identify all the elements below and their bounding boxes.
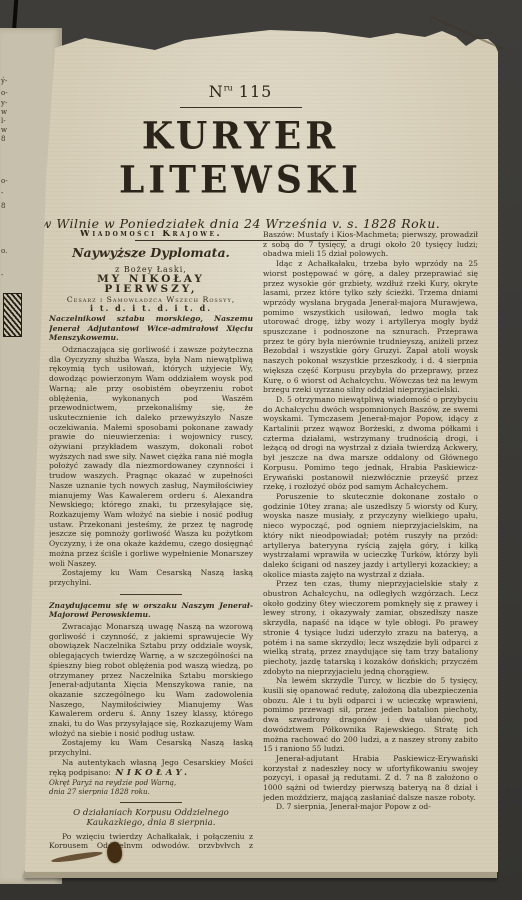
body-paragraph: Poruszenie to skutecznie dokonane został… xyxy=(263,492,478,579)
stamp-fragment xyxy=(3,293,22,337)
body-paragraph: Po wzięciu twierdzy Achałkałak, i połącz… xyxy=(49,832,253,848)
closing-paragraph: Zostajemy ku Wam Cesarską Naszą łaską pr… xyxy=(49,568,253,587)
issue-divider xyxy=(180,107,302,108)
edge-text-fragment: - xyxy=(1,272,3,279)
issue-superscript: ru xyxy=(224,84,233,93)
masthead: Nru 115 KURYER LITEWSKI w Wilnie w Ponie… xyxy=(25,82,456,241)
place-date-line: dnia 27 sierpnia 1828 roku. xyxy=(49,787,253,796)
body-paragraph: Odznaczająca się gorliwość i zawsze poży… xyxy=(49,345,253,568)
address-paragraph: Naczelnikowi sztabu morskiego, Naszemu J… xyxy=(49,314,253,343)
edge-text-fragment: l- xyxy=(1,118,6,125)
newspaper-page: Nru 115 KURYER LITEWSKI w Wilnie w Ponie… xyxy=(25,30,498,872)
place-date-line: Okręt Paryż na reydzie pod Warną, xyxy=(49,778,253,787)
edge-text-fragment: w xyxy=(1,127,7,134)
signature-paragraph: Na autentykach własną Jego Cesarskiey Mo… xyxy=(49,758,253,778)
edge-text-fragment: 8 xyxy=(1,136,5,143)
edge-text-fragment: ý- xyxy=(1,78,7,85)
body-paragraph: Idąc z Achałkałaku, trzeba było wprzódy … xyxy=(263,259,478,395)
section-divider xyxy=(120,594,182,595)
newspaper-title: KURYER LITEWSKI xyxy=(25,114,456,202)
edge-text-fragment: o- xyxy=(1,178,8,185)
section-heading: Wiadomości Krajowe. xyxy=(49,230,253,240)
body-paragraph: Jenerał-adjutant Hrabia Paskiewicz-Erywa… xyxy=(263,754,478,803)
section-divider xyxy=(120,802,182,803)
edge-text-fragment: y- xyxy=(1,100,7,107)
closing-paragraph: Zostajemy ku Wam Cesarską Naszą łaską pr… xyxy=(49,738,253,757)
edge-text-fragment: - xyxy=(1,190,3,197)
article-heading: O działaniach Korpusu Oddzielnego Kaukaz… xyxy=(49,809,253,828)
body-paragraph: Zwracając Monarszą uwagę Naszą na wzorow… xyxy=(49,622,253,738)
left-column: Wiadomości Krajowe. Naywyższe Dyplomata.… xyxy=(49,230,253,848)
issue-number: Nru 115 xyxy=(25,82,456,101)
edge-text-fragment: o- xyxy=(1,90,8,97)
body-paragraph: Przez ten czas, tłumy nieprzyjacielskie … xyxy=(263,579,478,676)
address-paragraph: Znaydującemu się w orszaku Naszym Jenera… xyxy=(49,601,253,620)
body-paragraph: Na lewém skrzydle Turcy, w liczbie do 5 … xyxy=(263,676,478,754)
edge-text-fragment: 8 xyxy=(1,203,5,210)
edge-text-fragment: w xyxy=(1,109,7,116)
right-column: Baszów: Mustafy i Kios-Machmeta; pierwsz… xyxy=(263,230,478,848)
ink-smudge xyxy=(51,850,103,864)
body-paragraph: Baszów: Mustafy i Kios-Machmeta; pierwsz… xyxy=(263,230,478,259)
issue-value: 115 xyxy=(239,82,273,101)
dateline: w Wilnie w Poniedziałek dnia 24 Września… xyxy=(25,216,456,231)
etcetera-line: i t. d. i t. d. i t. d. xyxy=(49,304,253,314)
edge-text-fragment: o. xyxy=(1,248,7,255)
signature-name: NIKOŁAY. xyxy=(116,768,191,778)
issue-prefix: N xyxy=(209,82,224,101)
tsar-name-line: MY NIKOŁAY PIERWSZY, xyxy=(49,275,253,294)
body-paragraph: D. 7 sierpnia, Jenerał-major Popow z od- xyxy=(263,802,478,812)
body-paragraph: D. 5 otrzymano niewątpliwą wiadomość o p… xyxy=(263,395,478,492)
article-heading: Naywyższe Dyplomata. xyxy=(49,248,253,258)
page-bottom-edge xyxy=(24,871,497,878)
scan-background: ý- o- y- w l- w 8 o- - 8 o. - Nru 115 KU… xyxy=(0,0,522,900)
